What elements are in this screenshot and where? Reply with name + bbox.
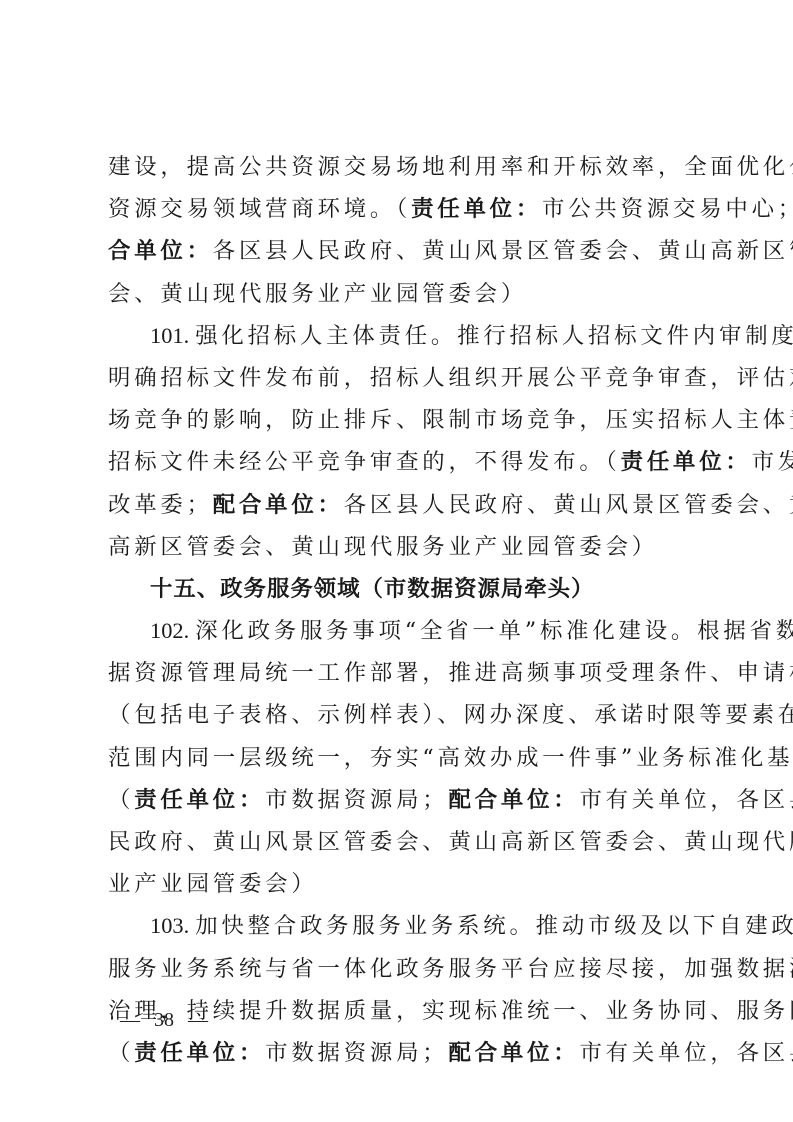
item-title: 深化政务服务事项“全省一单”标准化建设。 bbox=[195, 618, 697, 644]
paragraph-line: 会、黄山现代服务业产业园管委会） bbox=[108, 273, 684, 315]
text-run: （ bbox=[108, 1040, 134, 1066]
text-run: 推行招标人招标文件内审制度， bbox=[457, 323, 793, 349]
paragraph-line: 资源交易领域营商环境。（责任单位：市公共资源交易中心；配 bbox=[108, 188, 684, 230]
item-102-line: 102.深化政务服务事项“全省一单”标准化建设。根据省数 bbox=[108, 610, 684, 652]
item-102-line: 民政府、黄山风景区管委会、黄山高新区管委会、黄山现代服务 bbox=[108, 821, 684, 863]
item-number: 102. bbox=[150, 618, 189, 643]
cooperating-unit-label: 合单位： bbox=[108, 238, 213, 264]
footer-dash: — bbox=[188, 1009, 208, 1032]
text-run: 场竞争的影响，防止排斥、限制市场竞争，压实招标人主体责任。 bbox=[108, 407, 793, 433]
item-101-line: 明确招标文件发布前，招标人组织开展公平竞争审查，评估对市 bbox=[108, 357, 684, 399]
item-101-line: 场竞争的影响，防止排斥、限制市场竞争，压实招标人主体责任。 bbox=[108, 399, 684, 441]
responsible-unit-label: 责任单位： bbox=[134, 787, 265, 813]
item-102-line: （责任单位：市数据资源局；配合单位：市有关单位，各区县人 bbox=[108, 779, 684, 821]
item-102-line: 范围内同一层级统一，夯实“高效办成一件事”业务标准化基础。 bbox=[108, 737, 684, 779]
item-title: 强化招标人主体责任。 bbox=[195, 323, 457, 349]
item-103-line: 服务业务系统与省一体化政务服务平台应接尽接，加强数据源头 bbox=[108, 948, 684, 990]
text-run: 招标文件未经公平竞争审查的，不得发布。（ bbox=[108, 449, 621, 475]
page-number: 38 bbox=[154, 1009, 174, 1032]
paragraph-line: 合单位：各区县人民政府、黄山风景区管委会、黄山高新区管委 bbox=[108, 230, 684, 272]
text-run: 民政府、黄山风景区管委会、黄山高新区管委会、黄山现代服务 bbox=[108, 829, 793, 855]
item-101-line: 101.强化招标人主体责任。推行招标人招标文件内审制度， bbox=[108, 315, 684, 357]
text-run: 改革委； bbox=[108, 492, 213, 518]
text-run: 治理，持续提升数据质量，实现标准统一、业务协同、服务同质。 bbox=[108, 998, 793, 1024]
item-title: 加快整合政务服务业务系统。 bbox=[195, 913, 535, 939]
text-run: 各区县人民政府、黄山风景区管委会、黄山 bbox=[344, 492, 793, 518]
text-run: 建设，提高公共资源交易场地利用率和开标效率，全面优化公共 bbox=[108, 154, 793, 180]
text-run: 各区县人民政府、黄山风景区管委会、黄山高新区管委 bbox=[213, 238, 793, 264]
cooperating-unit-label: 配合单位： bbox=[449, 1040, 580, 1066]
text-run: 市发展 bbox=[752, 449, 793, 475]
item-101-line: 招标文件未经公平竞争审查的，不得发布。（责任单位：市发展 bbox=[108, 441, 684, 483]
text-run: 高新区管委会、黄山现代服务业产业园管委会） bbox=[108, 534, 658, 560]
item-102-line: 据资源管理局统一工作部署，推进高频事项受理条件、申请材料 bbox=[108, 652, 684, 694]
text-run: 据资源管理局统一工作部署，推进高频事项受理条件、申请材料 bbox=[108, 660, 793, 686]
responsible-unit-label: 责任单位： bbox=[621, 449, 752, 475]
responsible-unit-label: 责任单位： bbox=[134, 1040, 265, 1066]
text-run: 市有关单位，各区县人 bbox=[579, 787, 793, 813]
section-heading-text: 十五、政务服务领域（市数据资源局牵头） bbox=[150, 576, 594, 602]
item-number: 103. bbox=[150, 913, 189, 938]
cooperating-unit-label: 配合单位： bbox=[449, 787, 580, 813]
page-footer: —38— bbox=[120, 1009, 208, 1032]
text-run: 明确招标文件发布前，招标人组织开展公平竞争审查，评估对市 bbox=[108, 365, 793, 391]
document-page: 建设，提高公共资源交易场地利用率和开标效率，全面优化公共 资源交易领域营商环境。… bbox=[108, 146, 684, 1074]
responsible-unit-label: 责任单位： bbox=[411, 196, 542, 222]
text-run: 会、黄山现代服务业产业园管委会） bbox=[108, 281, 527, 307]
text-run: 服务业务系统与省一体化政务服务平台应接尽接，加强数据源头 bbox=[108, 956, 793, 982]
text-run: 市公共资源交易中心； bbox=[542, 196, 793, 222]
text-run: 推动市级及以下自建政务 bbox=[536, 913, 793, 939]
text-run: 市有关单位，各区县人 bbox=[579, 1040, 793, 1066]
text-run: 资源交易领域营商环境。（ bbox=[108, 196, 411, 222]
text-run: （ bbox=[108, 787, 134, 813]
item-102-line: （包括电子表格、示例样表）、网办深度、承诺时限等要素在全市 bbox=[108, 694, 684, 736]
item-number: 101. bbox=[150, 323, 189, 348]
item-103-line: （责任单位：市数据资源局；配合单位：市有关单位，各区县人 bbox=[108, 1032, 684, 1074]
item-101-line: 改革委；配合单位：各区县人民政府、黄山风景区管委会、黄山 bbox=[108, 484, 684, 526]
item-103-line: 103.加快整合政务服务业务系统。推动市级及以下自建政务 bbox=[108, 905, 684, 947]
section-heading: 十五、政务服务领域（市数据资源局牵头） bbox=[108, 568, 684, 610]
text-run: 市数据资源局； bbox=[265, 787, 448, 813]
item-102-line: 业产业园管委会） bbox=[108, 863, 684, 905]
text-run: 根据省数 bbox=[697, 618, 793, 644]
text-run: 业产业园管委会） bbox=[108, 871, 318, 897]
paragraph-line: 建设，提高公共资源交易场地利用率和开标效率，全面优化公共 bbox=[108, 146, 684, 188]
footer-dash: — bbox=[120, 1009, 140, 1032]
text-run: 范围内同一层级统一，夯实“高效办成一件事”业务标准化基础。 bbox=[108, 745, 793, 771]
text-run: （包括电子表格、示例样表）、网办深度、承诺时限等要素在全市 bbox=[108, 702, 793, 728]
text-run: 市数据资源局； bbox=[265, 1040, 448, 1066]
item-101-line: 高新区管委会、黄山现代服务业产业园管委会） bbox=[108, 526, 684, 568]
cooperating-unit-label: 配合单位： bbox=[213, 492, 344, 518]
